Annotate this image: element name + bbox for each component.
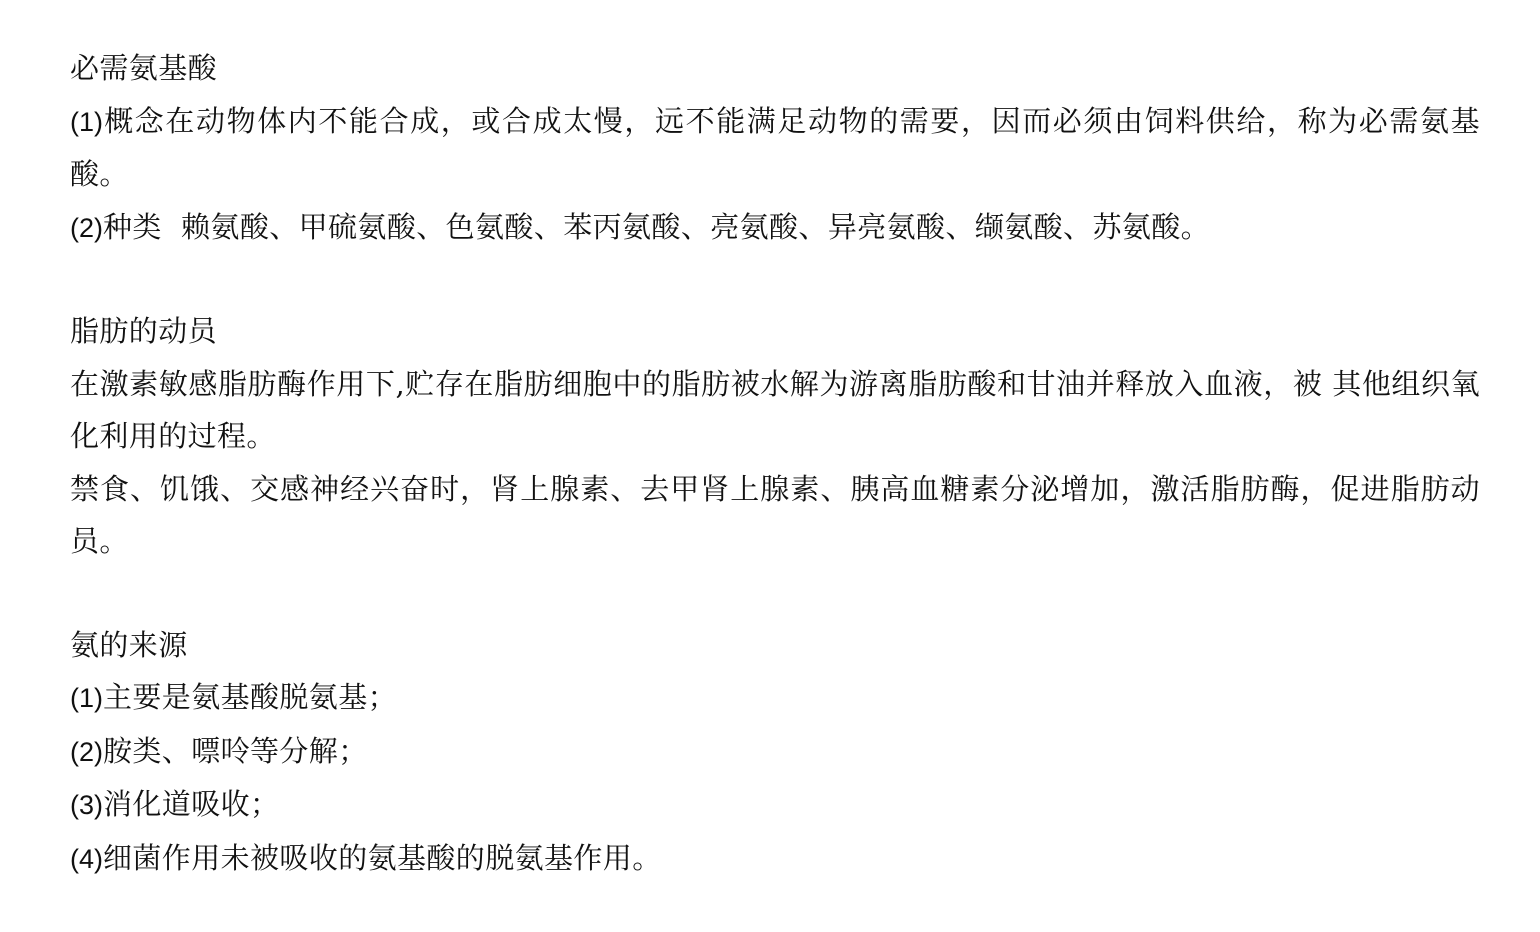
item-text: 细菌作用未被吸收的氨基酸的脱氨基作用。 [103,841,662,875]
item-text: 主要是氨基酸脱氨基； [103,680,397,714]
item-text: 种类 赖氨酸、甲硫氨酸、色氨酸、苯丙氨酸、亮氨酸、异亮氨酸、缬氨酸、苏氨酸。 [103,210,1210,244]
item-number: (2) [70,737,103,767]
list-item: (4)细菌作用未被吸收的氨基酸的脱氨基作用。 [70,832,1480,886]
item-text: 概念在动物体内不能合成，或合成太慢，远不能满足动物的需要，因而必须由饲料供给，称… [70,104,1480,192]
section-heading: 氨的来源 [70,619,1480,672]
document-page: 必需氨基酸 (1)概念在动物体内不能合成，或合成太慢，远不能满足动物的需要，因而… [0,0,1540,932]
list-item: (1)主要是氨基酸脱氨基； [70,671,1480,725]
item-number: (1) [70,683,103,713]
paragraph: 在激素敏感脂肪酶作用下,贮存在脂肪细胞中的脂肪被水解为游离脂肪酸和甘油并释放入血… [70,358,1480,463]
section-heading: 脂肪的动员 [70,305,1480,358]
item-text: 胺类、嘌呤等分解； [103,734,368,768]
list-item: (2)胺类、嘌呤等分解； [70,725,1480,779]
list-item: (1)概念在动物体内不能合成，或合成太慢，远不能满足动物的需要，因而必须由饲料供… [70,95,1480,201]
paragraph: 禁食、饥饿、交感神经兴奋时，肾上腺素、去甲肾上腺素、胰高血糖素分泌增加，激活脂肪… [70,463,1480,568]
item-number: (4) [70,844,103,874]
list-item: (2)种类 赖氨酸、甲硫氨酸、色氨酸、苯丙氨酸、亮氨酸、异亮氨酸、缬氨酸、苏氨酸… [70,201,1480,255]
item-number: (2) [70,213,103,243]
section-heading: 必需氨基酸 [70,42,1480,95]
section-essential-amino-acids: 必需氨基酸 (1)概念在动物体内不能合成，或合成太慢，远不能满足动物的需要，因而… [70,42,1480,254]
section-fat-mobilization: 脂肪的动员 在激素敏感脂肪酶作用下,贮存在脂肪细胞中的脂肪被水解为游离脂肪酸和甘… [70,305,1480,568]
item-text: 消化道吸收； [103,787,279,821]
list-item: (3)消化道吸收； [70,778,1480,832]
item-number: (3) [70,790,103,820]
section-ammonia-sources: 氨的来源 (1)主要是氨基酸脱氨基； (2)胺类、嘌呤等分解； (3)消化道吸收… [70,619,1480,886]
item-number: (1) [70,107,103,137]
